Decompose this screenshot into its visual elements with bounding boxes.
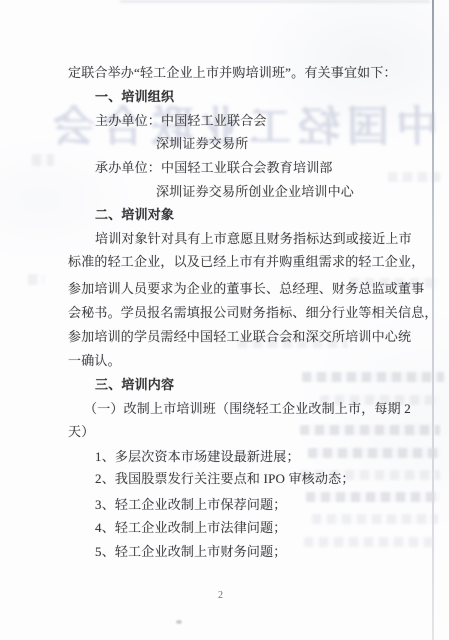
scan-smudge: [28, 274, 44, 285]
scan-speck: [176, 620, 182, 624]
scan-smudge: [32, 154, 54, 166]
text-line: 参加培训的学员需经中国轻工业联合会和深交所培训中心统: [68, 326, 411, 345]
bleed-through-smudge: [300, 425, 440, 435]
section-heading: 三、培训内容: [95, 374, 174, 393]
text-line: 定联合举办“轻工企业上市并购培训班”。有关事宜如下：: [68, 62, 397, 81]
text-line: 参加培训人员要求为企业的董事长、总经理、财务总监或董事: [68, 278, 424, 297]
page-number: 2: [218, 590, 223, 601]
text-line: 天）: [68, 421, 94, 440]
list-item: 3、轻工企业改制上市保荐问题；: [95, 494, 287, 513]
section-heading: 一、培训组织: [95, 86, 174, 105]
text-line: 主办单位：中国轻工业联合会: [95, 110, 267, 129]
bleed-through-smudge: [308, 448, 440, 458]
list-item: 5、轻工企业改制上市财务问题；: [95, 541, 287, 560]
text-line: 深圳证券交易所创业企业培训中心: [156, 181, 354, 200]
bleed-through-smudge: [306, 492, 440, 502]
scanned-document-page: 中国轻工业联合会 定联合举办“轻工企业上市并购培训班”。有关事宜如下： 一、培训…: [0, 0, 449, 640]
section-heading: 二、培训对象: [95, 204, 174, 223]
text-line: 深圳证券交易所: [156, 133, 248, 152]
text-line: 承办单位：中国轻工业联合会教育培训部: [95, 157, 333, 176]
list-item: 1、多层次资本市场建设最新进展；: [95, 446, 300, 465]
page-edge-shadow: [432, 0, 434, 640]
bleed-through-smudge: [304, 537, 434, 547]
scan-top-streak: [120, 0, 430, 3]
bleed-through-smudge: [312, 514, 438, 524]
text-line: （一）改制上市培训班（围绕轻工企业改制上市，每期 2: [84, 398, 411, 417]
text-line: 一确认。: [68, 350, 121, 369]
list-item: 2、我国股票发行关注要点和 IPO 审核动态；: [95, 468, 355, 487]
list-item: 4、轻工企业改制上市法律问题；: [95, 517, 287, 536]
text-line: 培训对象针对具有上市意愿且财务指标达到或接近上市: [95, 228, 412, 247]
bleed-through-smudge: [302, 372, 444, 382]
text-line: 会秘书。学员报名需填报公司财务指标、细分行业等相关信息，: [68, 302, 438, 321]
text-line: 标准的轻工企业，以及已经上市有并购重组需求的轻工企业，: [68, 251, 424, 270]
